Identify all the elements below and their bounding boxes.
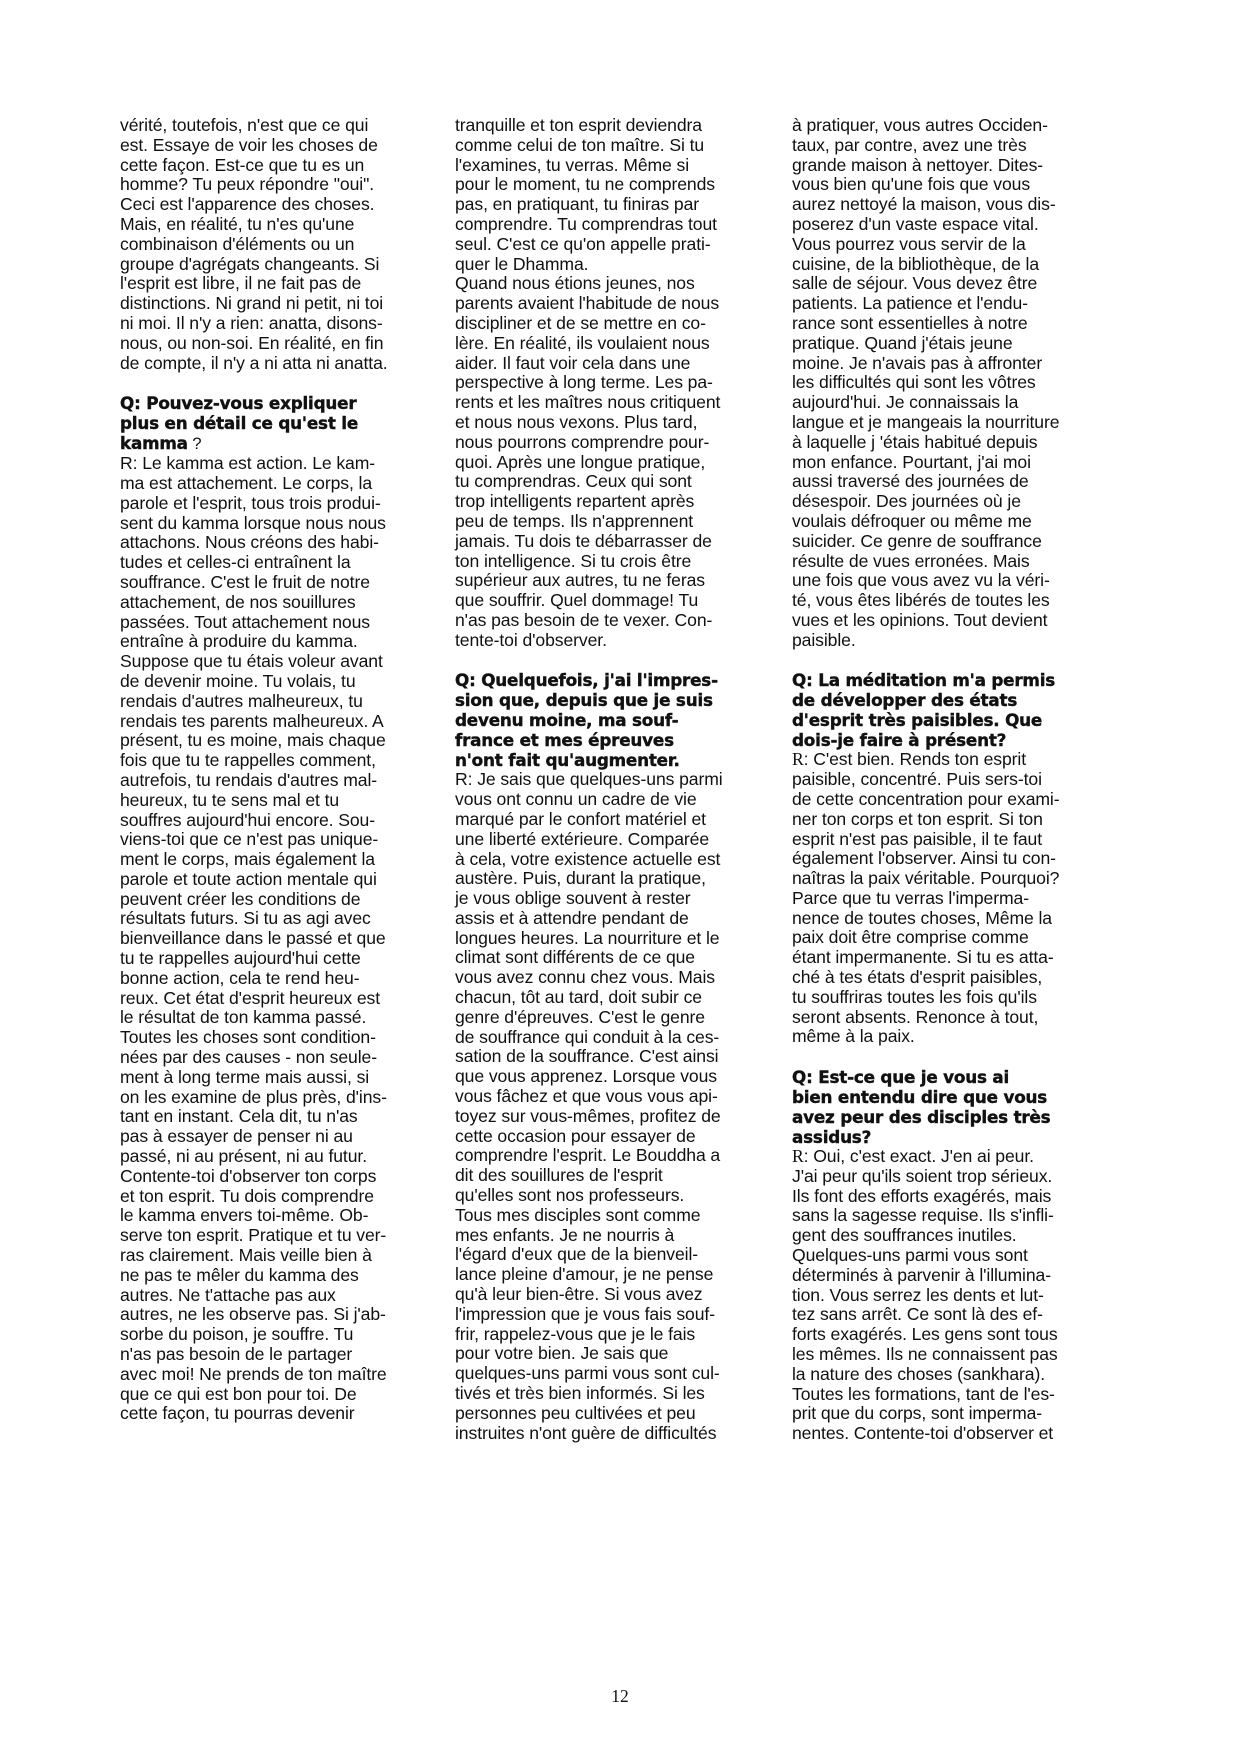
- question-line: de développer des états: [792, 690, 1122, 710]
- answer-line: gent des souffrances inutiles.: [792, 1226, 1122, 1246]
- answer-line: nentes. Contente-toi d'observer et: [792, 1424, 1122, 1444]
- answer-line: la nature des choses (sankhara).: [792, 1365, 1122, 1385]
- answer-line: je vous oblige souvent à rester: [455, 889, 785, 909]
- body-line: cette façon. Est-ce que tu es un: [120, 156, 450, 176]
- answer-line: Quelques-uns parmi vous sont: [792, 1246, 1122, 1266]
- paragraph-spacer: [120, 373, 450, 393]
- body-line: Mais, en réalité, tu n'es qu'une: [120, 215, 450, 235]
- answer-line: étant impermanente. Si tu es atta-: [792, 948, 1122, 968]
- answer-line: tudes et celles-ci entraînent la: [120, 553, 450, 573]
- answer-line: les mêmes. Ils ne connaissent pas: [792, 1345, 1122, 1365]
- answer-line: chacun, tôt au tard, doit subir ce: [455, 988, 785, 1008]
- answer-line: vous fâchez et que vous vous api-: [455, 1087, 785, 1107]
- answer-line: Contente-toi d'observer ton corps: [120, 1167, 450, 1187]
- answer-line: bonne action, cela te rend heu-: [120, 969, 450, 989]
- text-column-left: vérité, toutefois, n'est que ce quiest. …: [120, 116, 450, 1424]
- body-line: paisible.: [792, 631, 1122, 651]
- body-line: vous bien qu'une fois que vous: [792, 175, 1122, 195]
- body-line: homme? Tu peux répondre "oui".: [120, 175, 450, 195]
- body-line: aussi traversé des journées de: [792, 472, 1122, 492]
- answer-line-text: Je sais que quelques-uns parmi: [472, 769, 722, 789]
- body-line: supérieur aux autres, tu ne feras: [455, 571, 785, 591]
- answer-line: de souffrance qui conduit à la ces-: [455, 1028, 785, 1048]
- answer-line: et ton esprit. Tu dois comprendre: [120, 1187, 450, 1207]
- body-line: taux, par contre, avez une très: [792, 136, 1122, 156]
- body-line: les difficultés qui sont les vôtres: [792, 373, 1122, 393]
- text-column-middle: tranquille et ton esprit deviendracomme …: [455, 116, 785, 1443]
- question-line: Q: Pouvez-vous expliquer: [120, 393, 450, 413]
- body-line: nous, ou non-soi. En réalité, en fin: [120, 334, 450, 354]
- answer-line: pas à essayer de penser ni au: [120, 1127, 450, 1147]
- answer-line: nées par des causes - non seule-: [120, 1048, 450, 1068]
- body-line: pour le moment, tu ne comprends: [455, 175, 785, 195]
- answer-line: à cela, votre existence actuelle est: [455, 850, 785, 870]
- answer-line: R: C'est bien. Rends ton esprit: [792, 750, 1122, 770]
- answer-line: déterminés à parvenir à l'illumina-: [792, 1266, 1122, 1286]
- answer-line: tu souffriras toutes les fois qu'ils: [792, 988, 1122, 1008]
- body-line: l'esprit est libre, il ne fait pas de: [120, 274, 450, 294]
- answer-line: toyez sur vous-mêmes, profitez de: [455, 1107, 785, 1127]
- answer-line: esprit n'est pas paisible, il te faut: [792, 830, 1122, 850]
- answer-line: vous avez connu chez vous. Mais: [455, 968, 785, 988]
- body-line: Vous pourrez vous servir de la: [792, 235, 1122, 255]
- answer-line: seront absents. Renonce à tout,: [792, 1008, 1122, 1028]
- answer-line: de cette concentration pour exami-: [792, 790, 1122, 810]
- answer-line: l'égard d'eux que de la bienveil-: [455, 1245, 785, 1265]
- body-line: aujourd'hui. Je connaissais la: [792, 393, 1122, 413]
- answer-line: climat sont différents de ce que: [455, 948, 785, 968]
- answer-line: Toutes les formations, tant de l'es-: [792, 1385, 1122, 1405]
- answer-line: rendais tes parents malheureux. A: [120, 712, 450, 732]
- answer-line: on les examine de plus près, d'ins-: [120, 1088, 450, 1108]
- answer-line: sans la sagesse requise. Ils s'infli-: [792, 1206, 1122, 1226]
- answer-line: ma est attachement. Le corps, la: [120, 474, 450, 494]
- answer-line: R: Le kamma est action. Le kam-: [120, 454, 450, 474]
- body-paragraph: vérité, toutefois, n'est que ce quiest. …: [120, 116, 450, 373]
- answer-line: peuvent créer les conditions de: [120, 890, 450, 910]
- body-line: quoi. Après une longue pratique,: [455, 453, 785, 473]
- answer-line: attachement, de nos souillures: [120, 593, 450, 613]
- answer-line: que ce qui est bon pour toi. De: [120, 1385, 450, 1405]
- answer-line: R: Je sais que quelques-uns parmi: [455, 770, 785, 790]
- answer-line: comprendre l'esprit. Le Bouddha a: [455, 1146, 785, 1166]
- answer-line: austère. Puis, durant la pratique,: [455, 869, 785, 889]
- question-line: bien entendu dire que vous: [792, 1087, 1122, 1107]
- answer-line: même à la paix.: [792, 1027, 1122, 1047]
- answer-line: autrefois, tu rendais d'autres mal-: [120, 771, 450, 791]
- question-line: Q: La méditation m'a permis: [792, 670, 1122, 690]
- question-line: kamma: [120, 433, 188, 453]
- body-line: désespoir. Des journées où je: [792, 492, 1122, 512]
- body-line: comme celui de ton maître. Si tu: [455, 136, 785, 156]
- answer-line: quelques-uns parmi vous sont cul-: [455, 1364, 785, 1384]
- question-line: dois-je faire à présent?: [792, 730, 1122, 750]
- question-line: avez peur des disciples très: [792, 1107, 1122, 1127]
- answer-line: instruites n'ont guère de difficultés: [455, 1424, 785, 1444]
- body-line: peu de temps. Ils n'apprennent: [455, 512, 785, 532]
- body-line: n'as pas besoin de te vexer. Con-: [455, 611, 785, 631]
- body-line: langue et je mangeais la nourriture: [792, 413, 1122, 433]
- answer-line: qu'à leur bien-être. Si vous avez: [455, 1285, 785, 1305]
- body-line: poserez d'un vaste espace vital.: [792, 215, 1122, 235]
- body-line: perspective à long terme. Les pa-: [455, 373, 785, 393]
- answer-line: R: Oui, c'est exact. J'en ai peur.: [792, 1147, 1122, 1167]
- body-line: vérité, toutefois, n'est que ce qui: [120, 116, 450, 136]
- question-line: Q: Quelquefois, j'ai l'impres-: [455, 670, 785, 690]
- answer-line: forts exagérés. Les gens sont tous: [792, 1325, 1122, 1345]
- answer-paragraph: R: C'est bien. Rends ton espritpaisible,…: [792, 750, 1122, 1047]
- answer-line: Ils font des efforts exagérés, mais: [792, 1187, 1122, 1207]
- answer-line: parole et toute action mentale qui: [120, 870, 450, 890]
- answer-line: attachons. Nous créons des habi-: [120, 533, 450, 553]
- answer-line: présent, tu es moine, mais chaque: [120, 731, 450, 751]
- question-heading: Q: La méditation m'a permisde développer…: [792, 651, 1122, 751]
- body-line: quer le Dhamma.: [455, 255, 785, 275]
- body-line: discipliner et de se mettre en co-: [455, 314, 785, 334]
- answer-line: tu te rappelles aujourd'hui cette: [120, 949, 450, 969]
- answer-line: tez sans arrêt. Ce sont là des ef-: [792, 1305, 1122, 1325]
- body-line: est. Essaye de voir les choses de: [120, 136, 450, 156]
- body-line: té, vous êtes libérés de toutes les: [792, 591, 1122, 611]
- answer-line: Suppose que tu étais voleur avant: [120, 652, 450, 672]
- answer-line: que vous apprenez. Lorsque vous: [455, 1067, 785, 1087]
- answer-line: cette façon, tu pourras devenir: [120, 1404, 450, 1424]
- body-line: rents et les maîtres nous critiquent: [455, 393, 785, 413]
- answer-line: une liberté extérieure. Comparée: [455, 830, 785, 850]
- answer-prefix: R:: [120, 453, 137, 473]
- body-line: jamais. Tu dois te débarrasser de: [455, 532, 785, 552]
- answer-line: naîtras la paix véritable. Pourquoi?: [792, 869, 1122, 889]
- answer-line: Parce que tu verras l'imperma-: [792, 889, 1122, 909]
- paragraph-spacer: [792, 651, 1122, 671]
- answer-line: ras clairement. Mais veille bien à: [120, 1246, 450, 1266]
- body-line: mon enfance. Pourtant, j'ai moi: [792, 453, 1122, 473]
- body-line: tu comprendras. Ceux qui sont: [455, 472, 785, 492]
- answer-line: fois que tu te rappelles comment,: [120, 751, 450, 771]
- answer-line: passé, ni au présent, ni au futur.: [120, 1147, 450, 1167]
- answer-line: ner ton corps et ton esprit. Si ton: [792, 810, 1122, 830]
- text-column-right: à pratiquer, vous autres Occiden-taux, p…: [792, 116, 1122, 1444]
- answer-line: reux. Cet état d'esprit heureux est: [120, 989, 450, 1009]
- answer-line: rendais d'autres malheureux, tu: [120, 692, 450, 712]
- answer-line: ne pas te mêler du kamma des: [120, 1266, 450, 1286]
- question-line: assidus?: [792, 1127, 1122, 1147]
- answer-line: souffres aujourd'hui encore. Sou-: [120, 811, 450, 831]
- body-line: résulte de vues erronées. Mais: [792, 552, 1122, 572]
- question-line: sion que, depuis que je suis: [455, 690, 785, 710]
- answer-line: personnes peu cultivées et peu: [455, 1404, 785, 1424]
- answer-line: de devenir moine. Tu volais, tu: [120, 672, 450, 692]
- answer-line: parole et l'esprit, tous trois produi-: [120, 494, 450, 514]
- answer-line: lance pleine d'amour, je ne pense: [455, 1265, 785, 1285]
- answer-line-text: : C'est bien. Rends ton esprit: [804, 749, 1026, 769]
- answer-line: sent du kamma lorsque nous nous: [120, 514, 450, 534]
- answer-line: avec moi! Ne prends de ton maître: [120, 1365, 450, 1385]
- answer-paragraph: R: Le kamma est action. Le kam-ma est at…: [120, 454, 450, 1424]
- answer-prefix: R:: [455, 769, 472, 789]
- answer-line: également l'observer. Ainsi tu con-: [792, 849, 1122, 869]
- answer-line: le kamma envers toi-même. Ob-: [120, 1206, 450, 1226]
- answer-line: nence de toutes choses, Même la: [792, 909, 1122, 929]
- body-line: grande maison à nettoyer. Dites-: [792, 156, 1122, 176]
- question-line: Q: Est-ce que je vous ai: [792, 1067, 1122, 1087]
- answer-line: sation de la souffrance. C'est ainsi: [455, 1047, 785, 1067]
- body-line: Quand nous étions jeunes, nos: [455, 274, 785, 294]
- answer-line: genre d'épreuves. C'est le genre: [455, 1008, 785, 1028]
- body-line: pratique. Quand j'étais jeune: [792, 334, 1122, 354]
- body-line: tranquille et ton esprit deviendra: [455, 116, 785, 136]
- body-line: combinaison d'éléments ou un: [120, 235, 450, 255]
- answer-line: passées. Tout attachement nous: [120, 613, 450, 633]
- answer-line: viens-toi que ce n'est pas unique-: [120, 830, 450, 850]
- answer-line: autres. Ne t'attache pas aux: [120, 1286, 450, 1306]
- answer-line: vous ont connu un cadre de vie: [455, 790, 785, 810]
- body-line: une fois que vous avez vu la véri-: [792, 571, 1122, 591]
- body-paragraph: à pratiquer, vous autres Occiden-taux, p…: [792, 116, 1122, 651]
- body-line: distinctions. Ni grand ni petit, ni toi: [120, 294, 450, 314]
- body-line: lère. En réalité, ils voulaient nous: [455, 334, 785, 354]
- answer-paragraph: R: Oui, c'est exact. J'en ai peur.J'ai p…: [792, 1147, 1122, 1444]
- answer-line: tant en instant. Cela dit, tu n'as: [120, 1107, 450, 1127]
- body-line: Ceci est l'apparence des choses.: [120, 195, 450, 215]
- question-line: devenu moine, ma souf-: [455, 710, 785, 730]
- body-line: ton intelligence. Si tu crois être: [455, 552, 785, 572]
- answer-line: longues heures. La nourriture et le: [455, 929, 785, 949]
- body-line: tente-toi d'observer.: [455, 631, 785, 651]
- answer-line: qu'elles sont nos professeurs.: [455, 1186, 785, 1206]
- body-line: et nous nous vexons. Plus tard,: [455, 413, 785, 433]
- body-line: rance sont essentielles à notre: [792, 314, 1122, 334]
- question-heading: Q: Quelquefois, j'ai l'impres-sion que, …: [455, 651, 785, 771]
- answer-line: mes enfants. Je ne nourris à: [455, 1226, 785, 1246]
- question-line-with-tail: kamma ?: [120, 433, 450, 454]
- answer-line: bienveillance dans le passé et que: [120, 929, 450, 949]
- body-line: trop intelligents repartent après: [455, 492, 785, 512]
- answer-line: prit que du corps, sont imperma-: [792, 1404, 1122, 1424]
- body-line: patients. La patience et l'endu-: [792, 294, 1122, 314]
- question-tail: ?: [188, 434, 202, 453]
- answer-line: ment le corps, mais également la: [120, 850, 450, 870]
- body-paragraph: tranquille et ton esprit deviendracomme …: [455, 116, 785, 651]
- answer-line: Tous mes disciples sont comme: [455, 1206, 785, 1226]
- body-line: parents avaient l'habitude de nous: [455, 294, 785, 314]
- answer-line: heureux, tu te sens mal et tu: [120, 791, 450, 811]
- answer-prefix: R: [792, 749, 804, 769]
- answer-line: entraîne à produire du kamma.: [120, 632, 450, 652]
- answer-line: paisible, concentré. Puis sers-toi: [792, 770, 1122, 790]
- body-line: seul. C'est ce qu'on appelle prati-: [455, 235, 785, 255]
- body-line: groupe d'agrégats changeants. Si: [120, 255, 450, 275]
- answer-line: serve ton esprit. Pratique et tu ver-: [120, 1226, 450, 1246]
- page-number: 12: [0, 1686, 1240, 1707]
- question-heading: Q: Est-ce que je vous aibien entendu dir…: [792, 1047, 1122, 1147]
- question-line: france et mes épreuves: [455, 730, 785, 750]
- body-line: à pratiquer, vous autres Occiden-: [792, 116, 1122, 136]
- body-line: salle de séjour. Vous devez être: [792, 274, 1122, 294]
- body-line: voulais défroquer ou même me: [792, 512, 1122, 532]
- body-line: à laquelle j 'étais habitué depuis: [792, 433, 1122, 453]
- body-line: ni moi. Il n'y a rien: anatta, disons-: [120, 314, 450, 334]
- answer-line: assis et à attendre pendant de: [455, 909, 785, 929]
- answer-line: dit des souillures de l'esprit: [455, 1166, 785, 1186]
- answer-line: tion. Vous serrez les dents et lut-: [792, 1286, 1122, 1306]
- body-line: que souffrir. Quel dommage! Tu: [455, 591, 785, 611]
- answer-line: ment à long terme mais aussi, si: [120, 1068, 450, 1088]
- answer-line: sorbe du poison, je souffre. Tu: [120, 1325, 450, 1345]
- paragraph-spacer: [792, 1047, 1122, 1067]
- answer-line: J'ai peur qu'ils soient trop sérieux.: [792, 1167, 1122, 1187]
- body-line: nous pourrons comprendre pour-: [455, 433, 785, 453]
- answer-line: frir, rappelez-vous que je le fais: [455, 1325, 785, 1345]
- paragraph-spacer: [455, 651, 785, 671]
- body-line: vues et les opinions. Tout devient: [792, 611, 1122, 631]
- body-line: aider. Il faut voir cela dans une: [455, 354, 785, 374]
- body-line: l'examines, tu verras. Même si: [455, 156, 785, 176]
- answer-paragraph: R: Je sais que quelques-uns parmivous on…: [455, 770, 785, 1443]
- answer-line: tivés et très bien informés. Si les: [455, 1384, 785, 1404]
- body-line: pas, en pratiquant, tu finiras par: [455, 195, 785, 215]
- answer-line-text: : Oui, c'est exact. J'en ai peur.: [804, 1146, 1034, 1166]
- answer-line: résultats futurs. Si tu as agi avec: [120, 909, 450, 929]
- question-line: plus en détail ce qu'est le: [120, 413, 450, 433]
- answer-line: n'as pas besoin de le partager: [120, 1345, 450, 1365]
- answer-line: ché à tes états d'esprit paisibles,: [792, 968, 1122, 988]
- body-line: de compte, il n'y a ni atta ni anatta.: [120, 354, 450, 374]
- answer-line: l'impression que je vous fais souf-: [455, 1305, 785, 1325]
- body-line: suicider. Ce genre de souffrance: [792, 532, 1122, 552]
- body-line: moine. Je n'avais pas à affronter: [792, 354, 1122, 374]
- answer-line: Toutes les choses sont condition-: [120, 1028, 450, 1048]
- answer-line: marqué par le confort matériel et: [455, 810, 785, 830]
- body-line: cuisine, de la bibliothèque, de la: [792, 255, 1122, 275]
- question-line: d'esprit très paisibles. Que: [792, 710, 1122, 730]
- answer-line: autres, ne les observe pas. Si j'ab-: [120, 1305, 450, 1325]
- body-line: aurez nettoyé la maison, vous dis-: [792, 195, 1122, 215]
- answer-line: pour votre bien. Je sais que: [455, 1344, 785, 1364]
- answer-line-text: Le kamma est action. Le kam-: [137, 453, 375, 473]
- body-line: comprendre. Tu comprendras tout: [455, 215, 785, 235]
- answer-prefix: R: [792, 1146, 804, 1166]
- question-line: n'ont fait qu'augmenter.: [455, 750, 785, 770]
- answer-line: souffrance. C'est le fruit de notre: [120, 573, 450, 593]
- question-heading: Q: Pouvez-vous expliquerplus en détail c…: [120, 373, 450, 454]
- answer-line: paix doit être comprise comme: [792, 928, 1122, 948]
- answer-line: cette occasion pour essayer de: [455, 1127, 785, 1147]
- answer-line: le résultat de ton kamma passé.: [120, 1008, 450, 1028]
